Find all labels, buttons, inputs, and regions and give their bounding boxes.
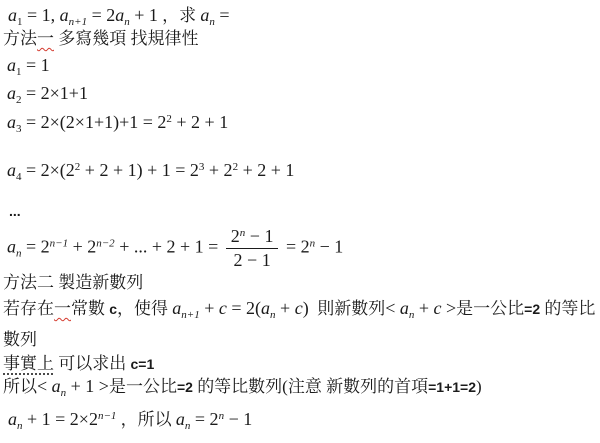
text-run: ，使得 [117, 299, 172, 318]
text-line-in-fact: 事實上 可以求出 c=1 [3, 353, 154, 374]
text-run: a [7, 55, 16, 75]
text-run: < [385, 298, 400, 318]
text-run: a [176, 409, 185, 429]
text-run: 是一公比 [109, 377, 177, 396]
text-run: a [261, 298, 270, 318]
text-run: a [400, 298, 409, 318]
text-run: =2 [177, 379, 193, 395]
formula-line-a1: a1 = 1 [7, 55, 50, 79]
text-run: =2 [524, 301, 540, 317]
text-run: c [109, 301, 117, 317]
text-run: + 2 [204, 160, 232, 180]
text-run: a [7, 112, 16, 132]
text-run: 所以 [3, 377, 37, 396]
text-line-if-exists: 若存在一常數 c，使得 an+1 + c = 2(an + c) 則新數列< a… [3, 298, 595, 322]
text-run: + 2 + 1 [238, 160, 294, 180]
text-run: a [7, 83, 16, 103]
text-run: + 1 = 2×2 [23, 409, 98, 429]
text-run: a [52, 376, 61, 396]
text-run: 一 [37, 29, 54, 48]
text-run: + [414, 298, 433, 318]
text-run: ... [9, 203, 21, 219]
text-run: 多寫幾項 找規律性 [54, 29, 199, 48]
fraction-numerator: 2n − 1 [226, 226, 279, 249]
text-line-therefore-geometric: 所以< an + 1 >是一公比=2 的等比數列(注意 新數列的首項=1+1=2… [3, 376, 482, 400]
text-run: a [8, 409, 17, 429]
text-run: − 1 [245, 226, 273, 246]
text-run: 的等比 [540, 299, 595, 318]
text-run: = 2 [190, 409, 218, 429]
text-run: ，所以 [116, 410, 176, 429]
text-run: a [7, 160, 16, 180]
text-run: 可以求出 [54, 354, 131, 373]
text-run: + [276, 298, 295, 318]
text-run: = 2 [87, 5, 115, 25]
formula-line-a4: a4 = 2×(22 + 2 + 1) + 1 = 23 + 22 + 2 + … [7, 160, 294, 184]
text-line-sequence: 數列 [3, 329, 37, 350]
document-page: a1 = 1, an+1 = 2an + 1 ，求 an =方法一 多寫幾項 找… [0, 0, 600, 443]
text-run: n−1 [50, 237, 68, 249]
ellipsis-line: ... [9, 200, 21, 221]
text-run: =1+1=2 [428, 379, 476, 395]
text-run: = [215, 5, 230, 25]
text-run: = 2( [227, 298, 261, 318]
text-run: + [200, 298, 219, 318]
text-run: = 1, [23, 5, 60, 25]
text-run: 方法二 製造新數列 [3, 273, 143, 292]
text-run: c=1 [131, 356, 155, 372]
text-line-method-one: 方法一 多寫幾項 找規律性 [3, 28, 199, 49]
text-run: 則新數列 [309, 299, 386, 318]
text-run: 數列 [3, 330, 37, 349]
text-run: n−1 [98, 410, 116, 422]
text-run: 事實上 [3, 354, 54, 373]
formula-line-a3: a3 = 2×(2×1+1)+1 = 22 + 2 + 1 [7, 112, 228, 136]
text-run: c [434, 298, 442, 318]
text-line-method-two: 方法二 製造新數列 [3, 272, 143, 293]
text-run: a [172, 298, 181, 318]
formula-line-a2: a2 = 2×1+1 [7, 83, 88, 107]
text-run: + ... + 2 + 1 = [115, 236, 223, 256]
formula-line-given: a1 = 1, an+1 = 2an + 1 ，求 an = [8, 5, 230, 29]
text-run: > [442, 298, 457, 318]
text-run: = 2 [22, 236, 50, 256]
formula-line-conclusion: an + 1 = 2×2n−1 ，所以 an = 2n − 1 [8, 409, 252, 433]
text-run: ，求 [158, 6, 201, 25]
text-run: − 1 [224, 409, 252, 429]
text-run: c [219, 298, 227, 318]
text-run: ) [476, 377, 482, 396]
text-run: − 1 [315, 236, 343, 256]
text-run: = 2 [281, 236, 309, 256]
text-run: 若存在 [3, 299, 54, 318]
text-run: 方法 [3, 29, 37, 48]
text-run: < [37, 376, 52, 396]
text-run: + 1 [130, 5, 158, 25]
text-run: + 2 [68, 236, 96, 256]
text-run: 2 − 1 [234, 250, 271, 270]
text-run: a [115, 5, 124, 25]
text-run: 常數 [71, 299, 109, 318]
text-run: 一 [54, 299, 71, 318]
text-run: n−2 [96, 237, 114, 249]
text-run: n+1 [181, 309, 199, 321]
text-run: c [295, 298, 303, 318]
text-run: = 2×1+1 [22, 83, 88, 103]
text-run: = 1 [22, 55, 50, 75]
text-run: 2 [231, 226, 240, 246]
fraction: 2n − 12 − 1 [226, 226, 279, 270]
text-run: 的等比數列(注意 新數列的首項 [193, 377, 428, 396]
text-run: + 2 + 1 [172, 112, 228, 132]
text-run: = 2×(2 [22, 160, 75, 180]
text-run: a [7, 236, 16, 256]
text-run: + 2 + 1) + 1 = 2 [80, 160, 199, 180]
text-run: n+1 [69, 16, 87, 28]
text-run: a [60, 5, 69, 25]
text-run: 是一公比 [456, 299, 524, 318]
formula-line-an-sum: an = 2n−1 + 2n−2 + ... + 2 + 1 = 2n − 12… [7, 226, 343, 270]
text-run: a [8, 5, 17, 25]
text-run: = 2×(2×1+1)+1 = 2 [22, 112, 167, 132]
text-run: + 1 > [66, 376, 109, 396]
fraction-denominator: 2 − 1 [234, 249, 271, 271]
